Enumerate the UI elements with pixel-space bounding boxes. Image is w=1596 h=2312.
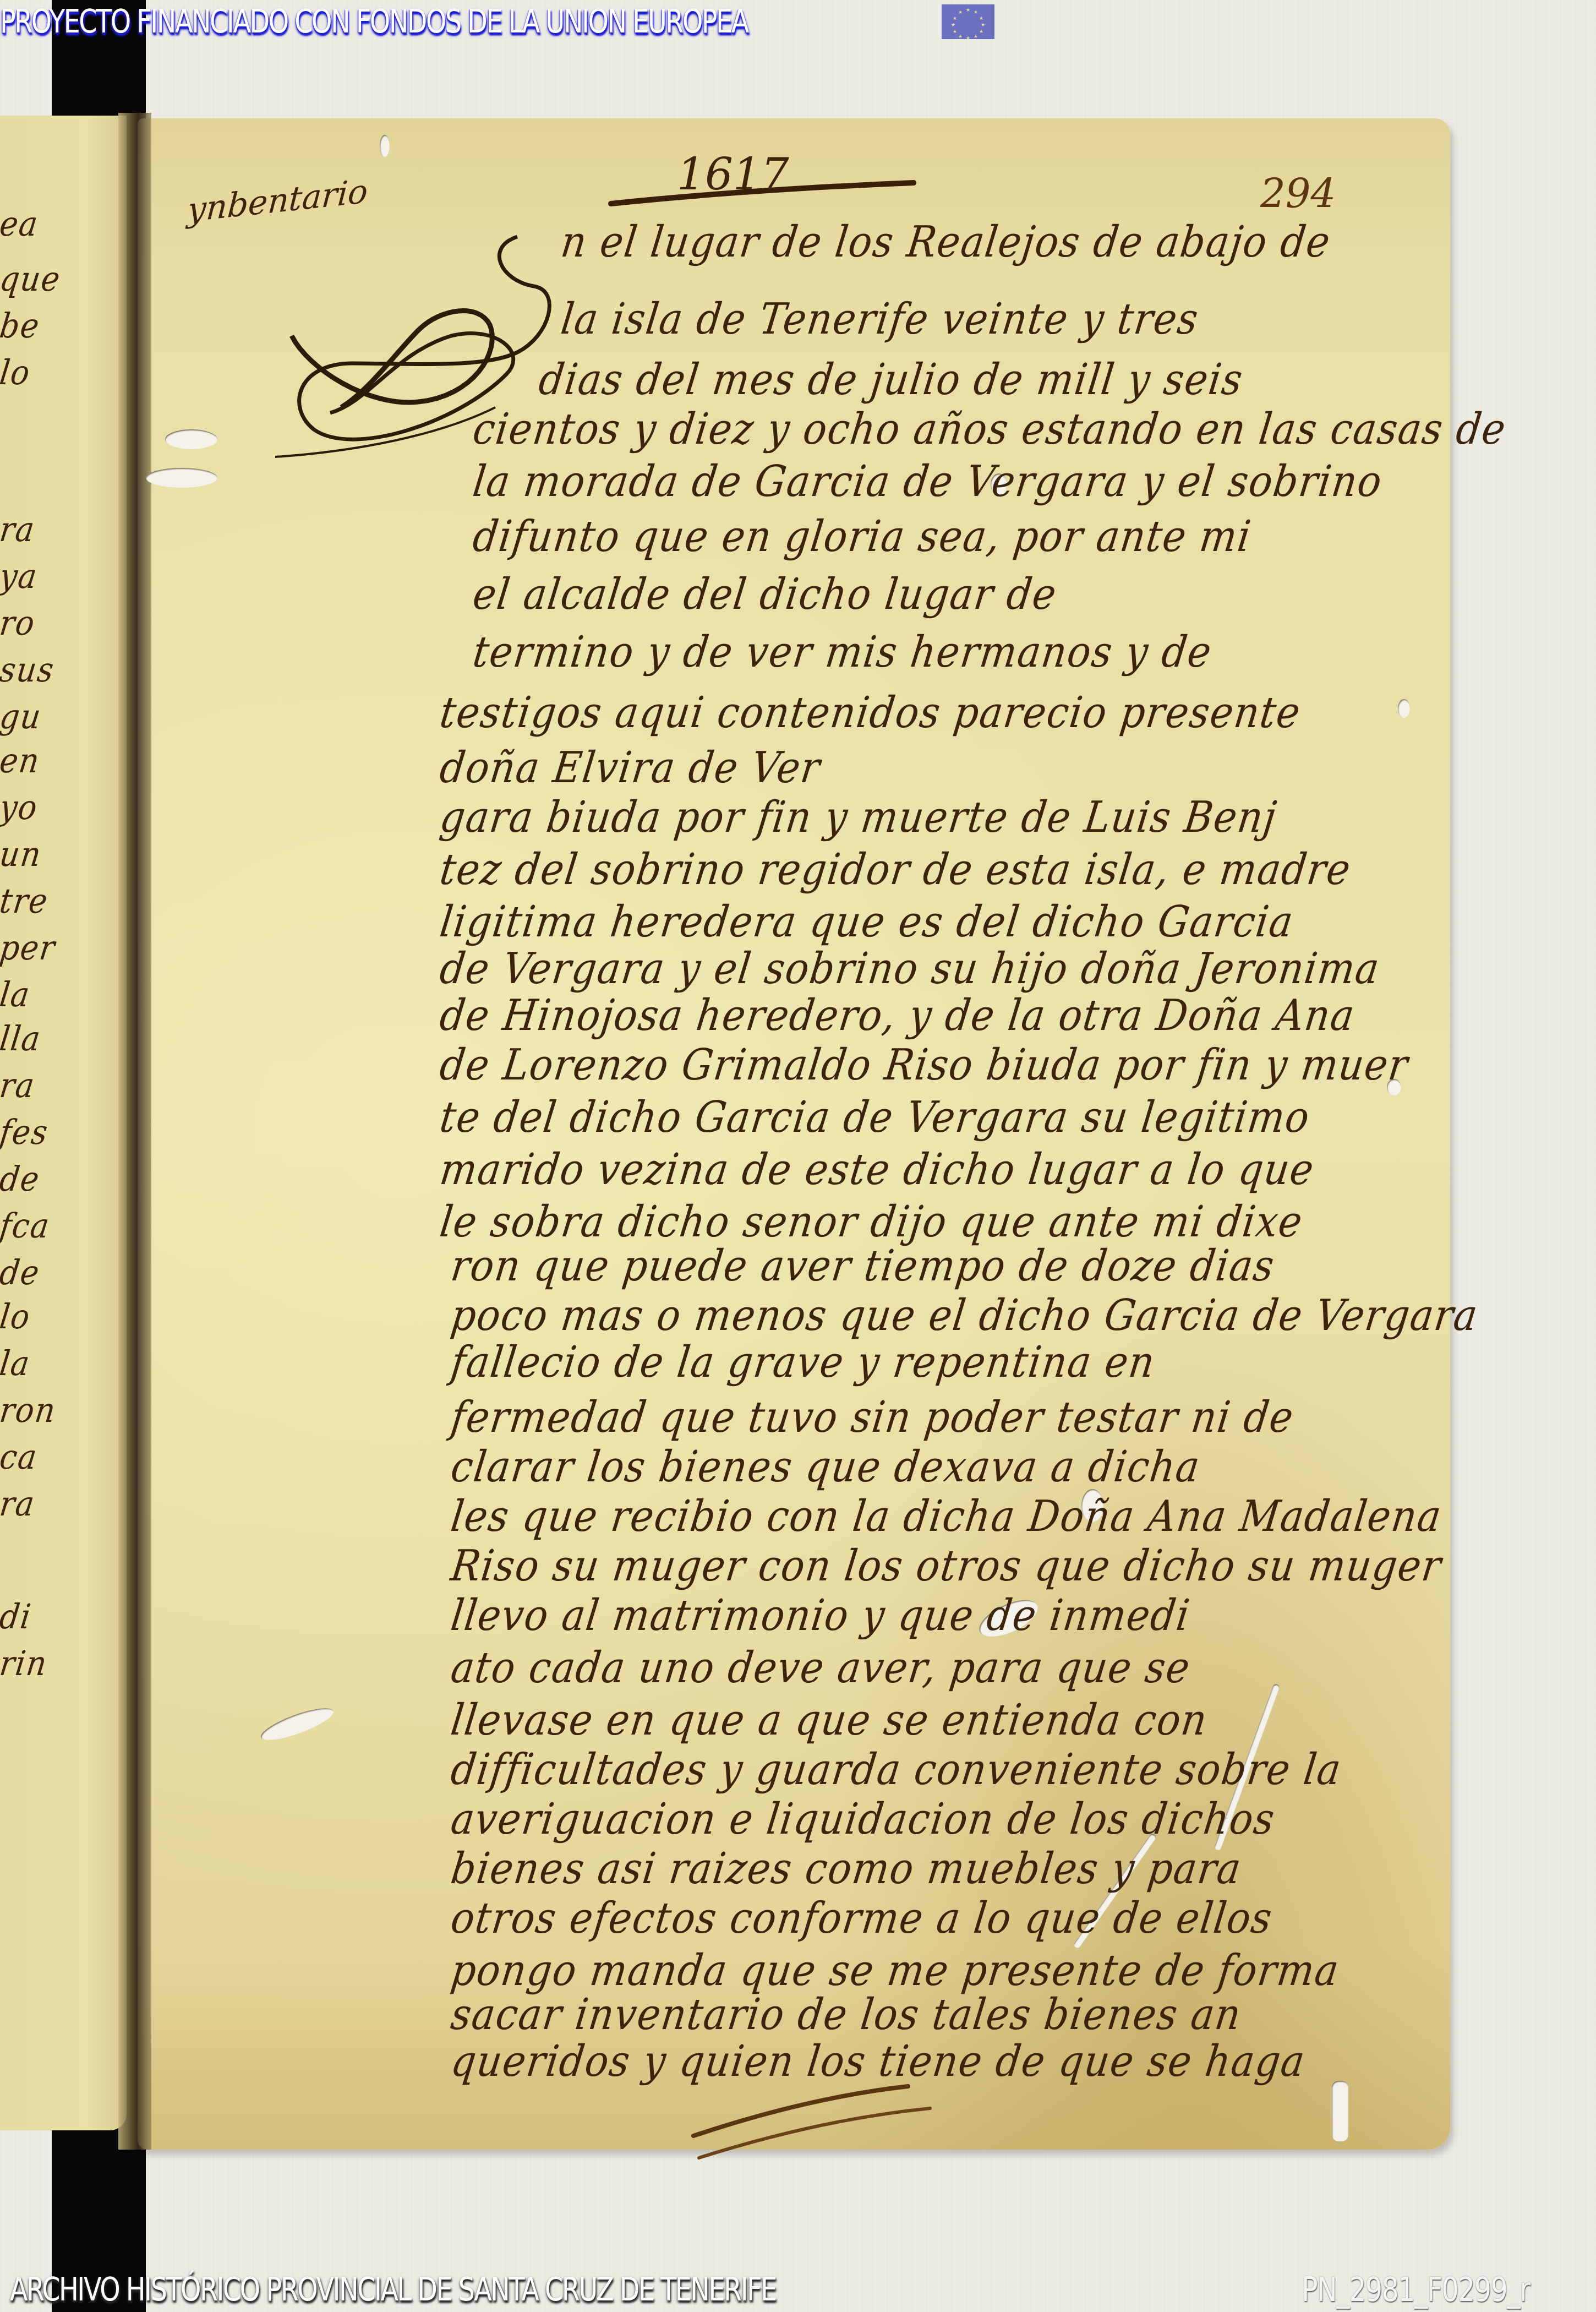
closing-strokes <box>677 2075 963 2169</box>
text-line: ron que puede aver tiempo de doze dias <box>448 1241 1277 1291</box>
text-line: de Lorenzo Grimaldo Riso biuda por fin y… <box>437 1040 1411 1090</box>
text-line: otros efectos conforme a lo que de ellos <box>448 1894 1275 1943</box>
text-line: marido vezina de este dicho lugar a lo q… <box>437 1145 1317 1195</box>
text-line: te del dicho Garcia de Vergara su legiti… <box>437 1093 1313 1142</box>
text-line: fallecio de la grave y repentina en <box>448 1338 1158 1387</box>
text-line: tez del sobrino regidor de esta isla, e … <box>437 845 1354 895</box>
funding-banner-text: PROYECTO FINANCIADO CON FONDOS DE LA UNI… <box>0 6 748 37</box>
funding-banner: PROYECTO FINANCIADO CON FONDOS DE LA UNI… <box>0 2 912 41</box>
text-line: cientos y diez y ocho años estando en la… <box>470 405 1509 454</box>
text-line: termino y de ver mis hermanos y de <box>470 628 1215 677</box>
eu-flag-icon: ★ ★ ★ ★ ★ ★ ★ ★ ★ ★ ★ ★ <box>942 4 994 39</box>
text-line: difficultades y guarda conveniente sobre… <box>448 1745 1344 1795</box>
text-line: de Vergara y el sobrino su hijo doña Jer… <box>437 944 1382 994</box>
text-line: averiguacion e liquidacion de los dichos <box>448 1795 1278 1844</box>
text-line: llevo al matrimonio y que de inmedi <box>448 1591 1193 1640</box>
text-line: el alcalde del dicho lugar de <box>470 570 1059 619</box>
text-line: sacar inventario de los tales bienes an <box>448 1990 1244 2040</box>
text-line: le sobra dicho senor dijo que ante mi di… <box>437 1197 1305 1247</box>
text-line: la morada de Garcia de Vergara y el sobr… <box>470 457 1385 506</box>
text-line: les que recibio con la dicha Doña Ana Ma… <box>448 1492 1445 1541</box>
text-line: ato cada uno deve aver, para que se <box>448 1643 1193 1693</box>
text-line: poco mas o menos que el dicho Garcia de … <box>448 1291 1481 1340</box>
text-line: difunto que en gloria sea, por ante mi <box>470 512 1254 561</box>
manuscript-body-text: n el lugar de los Realejos de abajo de l… <box>0 0 1596 2312</box>
text-line: dias del mes de julio de mill y seis <box>536 355 1246 405</box>
text-line: la isla de Tenerife veinte y tres <box>558 295 1201 344</box>
image-reference-label: PN_2981_F0299_r <box>1302 2271 1530 2309</box>
text-line: bienes asi raizes como muebles y para <box>448 1844 1244 1894</box>
text-line: clarar los bienes que dexava a dicha <box>448 1442 1203 1492</box>
text-line: fermedad que tuvo sin poder testar ni de <box>448 1393 1297 1442</box>
text-line: gara biuda por fin y muerte de Luis Benj <box>437 793 1280 842</box>
text-line: pongo manda que se me presente de forma <box>448 1946 1342 1995</box>
text-line: n el lugar de los Realejos de abajo de <box>558 217 1333 267</box>
text-line: doña Elvira de Ver <box>437 743 823 793</box>
text-line: llevase en que a que se entienda con <box>448 1695 1210 1745</box>
text-line: testigos aqui contenidos parecio present… <box>437 688 1304 738</box>
text-line: de Hinojosa heredero, y de la otra Doña … <box>437 991 1358 1040</box>
text-line: ligitima heredera que es del dicho Garci… <box>437 897 1297 947</box>
archive-name-label: ARCHIVO HISTÓRICO PROVINCIAL DE SANTA CR… <box>10 2271 776 2308</box>
text-line: Riso su muger con los otros que dicho su… <box>448 1541 1444 1591</box>
